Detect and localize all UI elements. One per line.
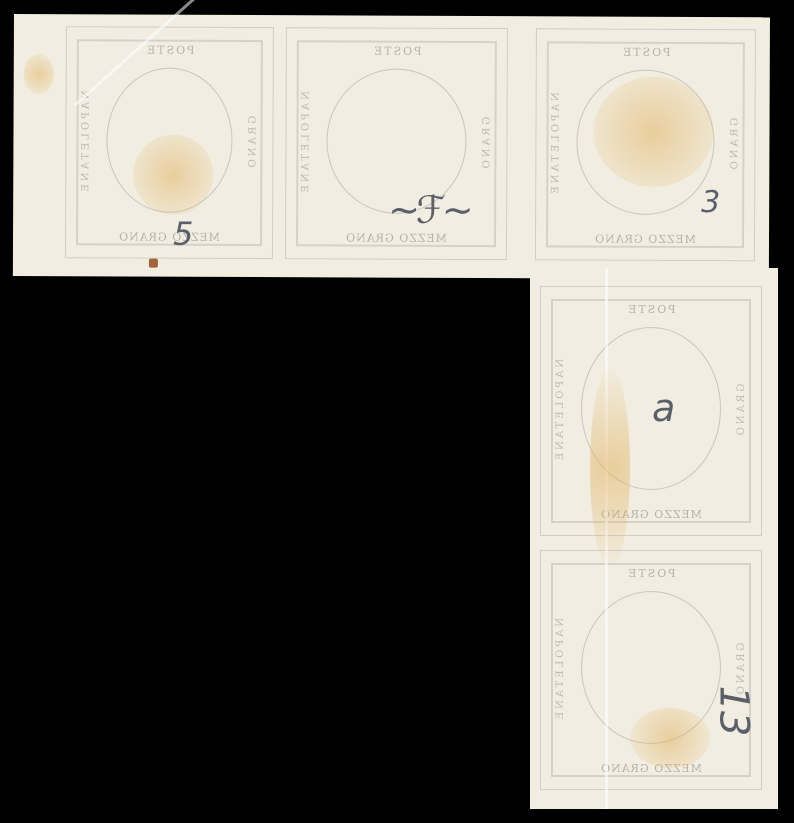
foxing-stain: [133, 135, 213, 215]
stamp-right-label: GRANO: [481, 117, 492, 172]
stamp-middle-right: POSTE MEZZO GRANO NAPOLETANE GRANO: [540, 286, 762, 536]
stamp-top-label: POSTE: [287, 44, 507, 58]
rust-spot: [149, 259, 158, 268]
stamp-bottom-label: MEZZO GRANO: [536, 232, 754, 246]
foxing-stain: [630, 708, 710, 768]
foxing-stain: [24, 54, 54, 94]
stamp-right-label: GRANO: [729, 118, 740, 173]
stamp-top-label: POSTE: [541, 567, 761, 580]
stamp-bottom-label: MEZZO GRANO: [541, 508, 761, 521]
pencil-signature: ~ℱ~: [388, 188, 470, 232]
stamp-right-label: GRANO: [247, 116, 258, 171]
pencil-mark: 13: [710, 686, 756, 737]
pencil-mark: a: [652, 386, 675, 430]
stamp-top-label: POSTE: [67, 43, 273, 57]
stamp-left-label: NAPOLETANE: [555, 618, 566, 722]
stamp-left-label: NAPOLETANE: [80, 90, 91, 194]
stamp-bottom-label: MEZZO GRANO: [286, 231, 506, 245]
pencil-mark: 3: [701, 185, 720, 220]
stamp-top-label: POSTE: [537, 45, 755, 59]
stamp-block-right-column: POSTE MEZZO GRANO NAPOLETANE GRANO POSTE…: [530, 268, 778, 809]
foxing-stain: [593, 77, 713, 188]
stamp-block-top-row: POSTE MEZZO GRANO NAPOLETANE GRANO POSTE…: [13, 14, 770, 279]
stamp-left-label: NAPOLETANE: [300, 91, 311, 195]
foxing-stain: [590, 368, 630, 568]
stamp-bottom-label: MEZZO GRANO: [66, 230, 272, 244]
stamp-left-label: NAPOLETANE: [550, 92, 561, 196]
pencil-mark: 5: [173, 215, 194, 253]
stamp-top-label: POSTE: [541, 303, 761, 316]
stamp-left-label: NAPOLETANE: [555, 359, 566, 463]
stamp-right-label: GRANO: [736, 384, 747, 439]
